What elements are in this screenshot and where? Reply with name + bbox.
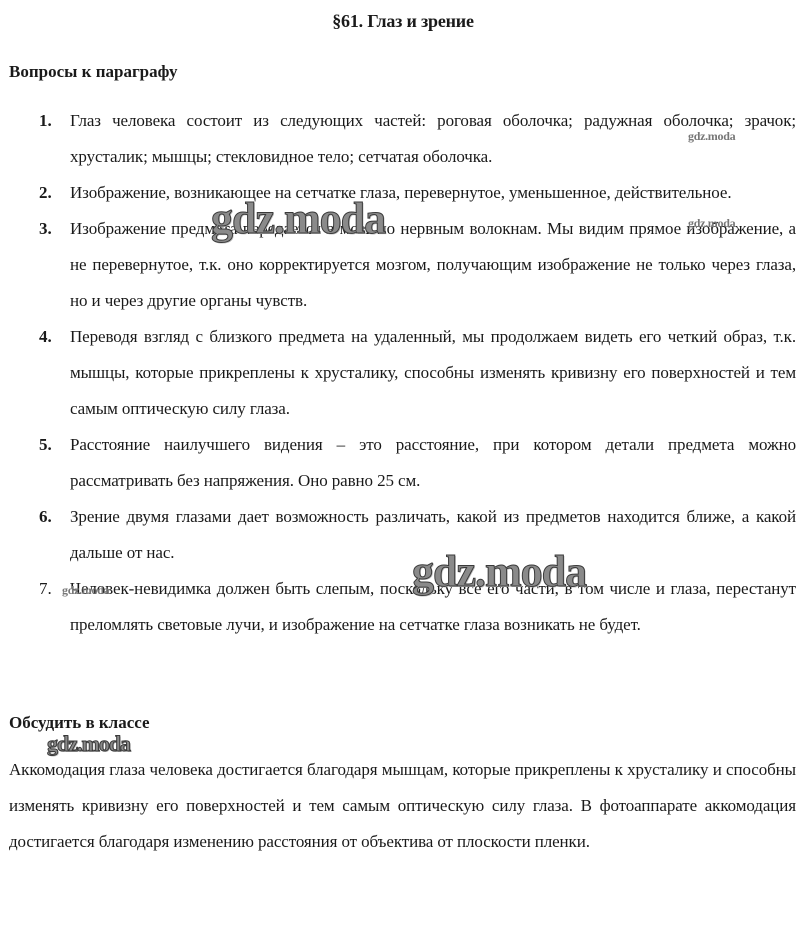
watermark-small: gdz.moda bbox=[62, 583, 109, 598]
questions-heading: Вопросы к параграфу bbox=[9, 62, 177, 82]
question-item: 6. Зрение двумя глазами дает возможность… bbox=[0, 499, 806, 571]
question-number: 7. bbox=[39, 571, 52, 607]
question-number: 2. bbox=[39, 175, 52, 211]
question-item: 4. Переводя взгляд с близкого предмета н… bbox=[0, 319, 806, 427]
watermark-large: gdz.moda bbox=[412, 548, 586, 596]
question-item: 7. Человек-невидимка должен быть слепым,… bbox=[0, 571, 806, 643]
watermark-medium: gdz.moda bbox=[47, 731, 130, 757]
question-item: 2. Изображение, возникающее на сетчатке … bbox=[0, 175, 806, 211]
page-title: §61. Глаз и зрение bbox=[0, 11, 806, 32]
question-number: 1. bbox=[39, 103, 52, 139]
question-number: 3. bbox=[39, 211, 52, 247]
discuss-heading: Обсудить в классе bbox=[9, 713, 150, 733]
watermark-small: gdz.moda bbox=[688, 216, 735, 231]
question-answer: Переводя взгляд с близкого предмета на у… bbox=[70, 319, 796, 427]
question-answer: Расстояние наилучшего видения – это расс… bbox=[70, 427, 796, 499]
questions-list: 1. Глаз человека состоит из следующих ча… bbox=[0, 103, 806, 643]
question-number: 6. bbox=[39, 499, 52, 535]
discuss-text: Аккомодация глаза человека достигается б… bbox=[9, 752, 796, 860]
question-item: 3. Изображение предмета передается в моз… bbox=[0, 211, 806, 319]
question-answer: Изображение, возникающее на сетчатке гла… bbox=[70, 175, 796, 211]
watermark-large: gdz.moda bbox=[211, 195, 385, 243]
question-number: 5. bbox=[39, 427, 52, 463]
question-number: 4. bbox=[39, 319, 52, 355]
question-item: 5. Расстояние наилучшего видения – это р… bbox=[0, 427, 806, 499]
watermark-small: gdz.moda bbox=[688, 129, 735, 144]
question-item: 1. Глаз человека состоит из следующих ча… bbox=[0, 103, 806, 175]
